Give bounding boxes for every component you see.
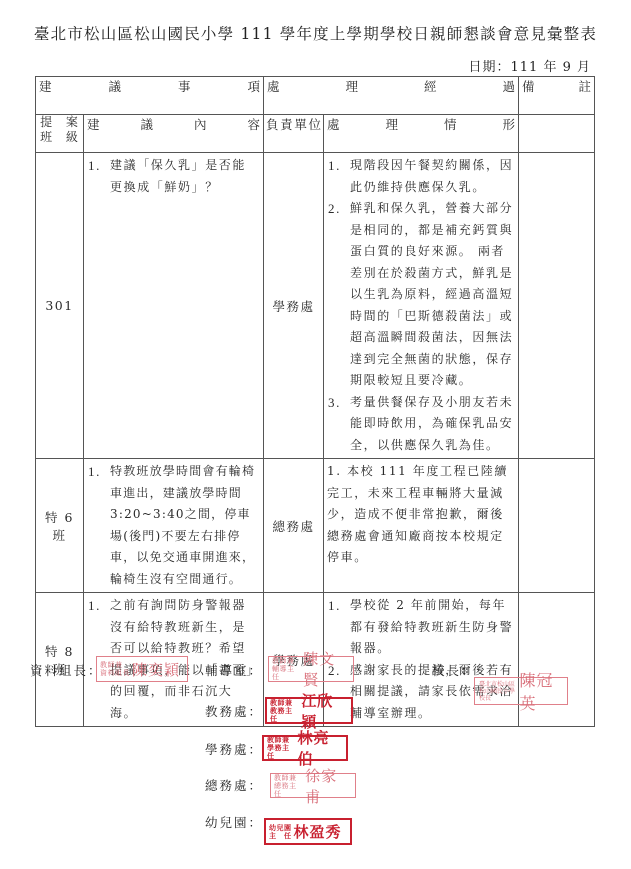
unit-cell: 總務處 xyxy=(264,459,324,593)
header-char: 建 xyxy=(87,115,100,133)
list-item: 2. 鮮乳和保久乳，營養大部分是相同的，都是補充鈣質與蛋白質的良好來源。 兩者差… xyxy=(328,198,514,392)
stamp-counseling: 教師兼 輔導主任 陳文賢 xyxy=(268,656,354,682)
notes-cell xyxy=(519,459,595,593)
header-class: 提 案 班 級 xyxy=(36,115,84,153)
header-char: 經 xyxy=(424,77,437,95)
header-char: 過 xyxy=(502,77,515,95)
header-char: 項 xyxy=(247,77,260,95)
header-class-line1: 提 案 xyxy=(40,115,83,130)
header-char: 內 xyxy=(194,115,207,133)
item-text: 考量供餐保存及小朋友若未能即時飲用，為確保乳品安全，以供應保久乳為佳。 xyxy=(350,392,514,457)
stamp-title: 輔導主任 xyxy=(272,665,301,681)
stamp-data-leader: 教師兼 資料組長 陳奕穎 xyxy=(96,656,188,682)
header-notes-empty xyxy=(519,115,595,153)
header-char: 處 xyxy=(267,77,280,95)
list-item: 3. 考量供餐保存及小朋友若未能即時飲用，為確保乳品安全，以供應保久乳為佳。 xyxy=(328,392,514,457)
stamp-title: 總務主任 xyxy=(274,782,303,798)
stamp-title: 教師兼 xyxy=(100,661,130,669)
notes-cell xyxy=(519,153,595,459)
signature-label-data-leader: 資料組長： xyxy=(30,661,103,679)
list-item: 1. 建議「保久乳」是否能更換成「鮮奶」？ xyxy=(88,155,259,198)
header-char: 處 xyxy=(327,115,340,133)
header-char: 註 xyxy=(578,77,591,95)
header-notes: 備 註 xyxy=(519,77,595,115)
item-text: 學校從 2 年前開始，每年都有發給特教班新生防身警報器。 xyxy=(350,595,514,660)
header-char: 情 xyxy=(444,115,457,133)
document-title: 臺北市松山區松山國民小學 111 學年度上學期學校日親師懇談會意見彙整表 xyxy=(0,22,631,44)
header-suggestions: 建 議 事 項 xyxy=(36,77,264,115)
header-char: 議 xyxy=(108,77,121,95)
header-char: 議 xyxy=(140,115,153,133)
list-item: 1. 特教班放學時間會有輪椅車進出，建議放學時間3:20~3:40之間，停車場(… xyxy=(88,461,259,590)
header-char: 事 xyxy=(178,77,191,95)
item-text: 鮮乳和保久乳，營養大部分是相同的，都是補充鈣質與蛋白質的良好來源。 兩者差別在於… xyxy=(350,198,514,392)
list-item: 1. 現階段因午餐契約關係，因此仍維持供應保久乳。 xyxy=(328,155,514,198)
stamp-title: 學務主任 xyxy=(267,744,295,760)
stamp-name: 林亮伯 xyxy=(297,727,343,769)
class-cell: 特 8 班 xyxy=(36,593,84,727)
stamp-name: 陳冠英 xyxy=(520,668,563,714)
stamp-academic: 教師兼 教務主任 江欣穎 xyxy=(265,697,353,724)
stamp-name: 江欣穎 xyxy=(301,690,348,732)
suggestion-cell: 1. 建議「保久乳」是否能更換成「鮮奶」？ xyxy=(84,153,264,459)
table-row: 301 1. 建議「保久乳」是否能更換成「鮮奶」？ 學務處 1. 現階段因午餐契… xyxy=(36,153,595,459)
stamp-name: 陳文賢 xyxy=(303,648,350,690)
stamp-title: 教師兼 xyxy=(274,774,303,782)
stamp-principal: 臺北市松山區松山國民小學校長 陳冠英 xyxy=(474,677,568,705)
item-number: 3. xyxy=(328,392,350,457)
class-cell: 301 xyxy=(36,153,84,459)
header-row-1: 建 議 事 項 處 理 經 過 備 註 xyxy=(36,77,595,115)
stamp-title: 主 任 xyxy=(269,832,292,840)
feedback-table: 建 議 事 項 處 理 經 過 備 註 提 案 班 級 xyxy=(35,76,595,727)
item-text: 建議「保久乳」是否能更換成「鮮奶」？ xyxy=(110,155,259,198)
header-class-line2: 班 級 xyxy=(40,130,83,145)
header-char: 位 xyxy=(308,115,321,133)
header-char: 形 xyxy=(502,115,515,133)
stamp-kindergarten: 幼兒園 主 任 林盈秀 xyxy=(264,818,352,845)
header-char: 理 xyxy=(385,115,398,133)
item-number: 1. xyxy=(88,155,110,198)
list-item: 1. 學校從 2 年前開始，每年都有發給特教班新生防身警報器。 xyxy=(328,595,514,660)
item-number: 1. xyxy=(88,461,110,590)
header-char: 理 xyxy=(345,77,358,95)
signature-label-student-affairs: 學務處： xyxy=(205,740,263,758)
class-cell: 特 6 班 xyxy=(36,459,84,593)
stamp-title: 臺北市松山區松山國民小學校長 xyxy=(479,681,517,702)
suggestion-cell: 1. 特教班放學時間會有輪椅車進出，建議放學時間3:20~3:40之間，停車場(… xyxy=(84,459,264,593)
header-process: 處 理 經 過 xyxy=(264,77,519,115)
header-unit: 負 責 單 位 xyxy=(264,115,324,153)
signature-label-general-affairs: 總務處： xyxy=(205,776,263,794)
table-row: 特 6 班 1. 特教班放學時間會有輪椅車進出，建議放學時間3:20~3:40之… xyxy=(36,459,595,593)
stamp-title: 教務主任 xyxy=(270,707,299,723)
item-text: 現階段因午餐契約關係，因此仍維持供應保久乳。 xyxy=(350,155,514,198)
unit-cell: 學務處 xyxy=(264,153,324,459)
signature-label-principal: 校長： xyxy=(432,661,476,679)
header-char: 負 xyxy=(266,115,279,133)
stamp-name: 徐家甫 xyxy=(305,765,352,807)
header-char: 建 xyxy=(39,77,52,95)
signature-label-counseling: 輔導室： xyxy=(205,661,263,679)
signature-label-academic: 教務處： xyxy=(205,702,263,720)
signature-label-kindergarten: 幼兒園： xyxy=(205,813,263,831)
stamp-student-affairs: 教師兼 學務主任 林亮伯 xyxy=(262,735,348,761)
header-char: 容 xyxy=(247,115,260,133)
header-char: 單 xyxy=(294,115,307,133)
header-char: 備 xyxy=(522,77,535,95)
stamp-general-affairs: 教師兼 總務主任 徐家甫 xyxy=(270,773,356,798)
header-content: 建 議 內 容 xyxy=(84,115,264,153)
stamp-title: 教師兼 xyxy=(272,657,301,665)
item-number: 2. xyxy=(328,198,350,392)
stamp-name: 陳奕穎 xyxy=(132,659,180,680)
header-handling: 處 理 情 形 xyxy=(324,115,519,153)
stamp-title: 資料組長 xyxy=(100,669,130,677)
handling-cell: 1. 現階段因午餐契約關係，因此仍維持供應保久乳。 2. 鮮乳和保久乳，營養大部… xyxy=(324,153,519,459)
item-text: 特教班放學時間會有輪椅車進出，建議放學時間3:20~3:40之間，停車場(後門)… xyxy=(110,461,259,590)
header-row-2: 提 案 班 級 建 議 內 容 負 責 單 位 處 理 情 xyxy=(36,115,595,153)
header-char: 責 xyxy=(280,115,293,133)
stamp-name: 林盈秀 xyxy=(294,821,342,842)
handling-cell: 1. 本校 111 年度工程已陸續完工，未來工程車輛將大量減少，造成不便非常抱歉… xyxy=(324,459,519,593)
document-date: 日期：111 年 9 月 xyxy=(469,56,591,75)
handling-text: 1. 本校 111 年度工程已陸續完工，未來工程車輛將大量減少，造成不便非常抱歉… xyxy=(324,459,518,571)
item-number: 1. xyxy=(328,155,350,198)
